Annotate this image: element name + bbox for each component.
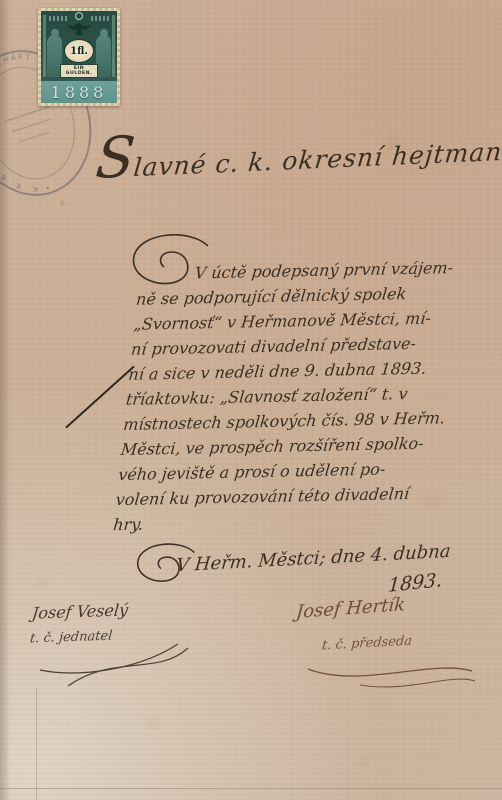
stamp-value: 1fl. (70, 46, 88, 57)
paper-fold-line-horizontal (0, 788, 502, 789)
signature-right-title: t. č. předseda (321, 634, 412, 654)
revenue-stamp: 1fl. EIN GULDEN. 1888 (38, 8, 120, 106)
stamp-right-column (112, 15, 115, 77)
signature-right-name: Josef Hertík (295, 594, 406, 623)
foxing-spots (60, 200, 65, 205)
signature-right-flourish (300, 655, 480, 695)
stamp-artwork: 1fl. EIN GULDEN. 1888 (41, 11, 117, 103)
signature-left-name: Josef Veselý (31, 600, 129, 622)
dateline: V Heřm. Městci; dne 4. dubna (175, 541, 451, 577)
signature-left-flourish (28, 640, 198, 690)
stamp-top-ornament (75, 12, 83, 20)
stamp-left-column (43, 15, 46, 77)
stamp-denomination-line2: GULDEN. (61, 71, 97, 76)
stamp-value-oval: 1fl. (64, 39, 94, 63)
double-eagle-icon (62, 21, 96, 37)
dateline-year: 1893. (387, 569, 443, 597)
stamp-year-band: 1888 (41, 81, 117, 103)
stamp-denomination-plaque: EIN GULDEN. (60, 64, 98, 78)
scanned-letter-page: • K. K. BEZIRKS-HAUPTMANNSCHAFT • 1fl. (0, 0, 502, 800)
paper-fold-line-vertical (36, 688, 37, 800)
allegorical-figure-right (96, 35, 111, 77)
body-paragraph: V úctě podepsaný první vzájem- ně se pod… (112, 254, 502, 537)
salutation-line: Slavné c. k. okresní hejtmanství ! (93, 109, 499, 192)
stamp-year: 1888 (51, 83, 108, 102)
